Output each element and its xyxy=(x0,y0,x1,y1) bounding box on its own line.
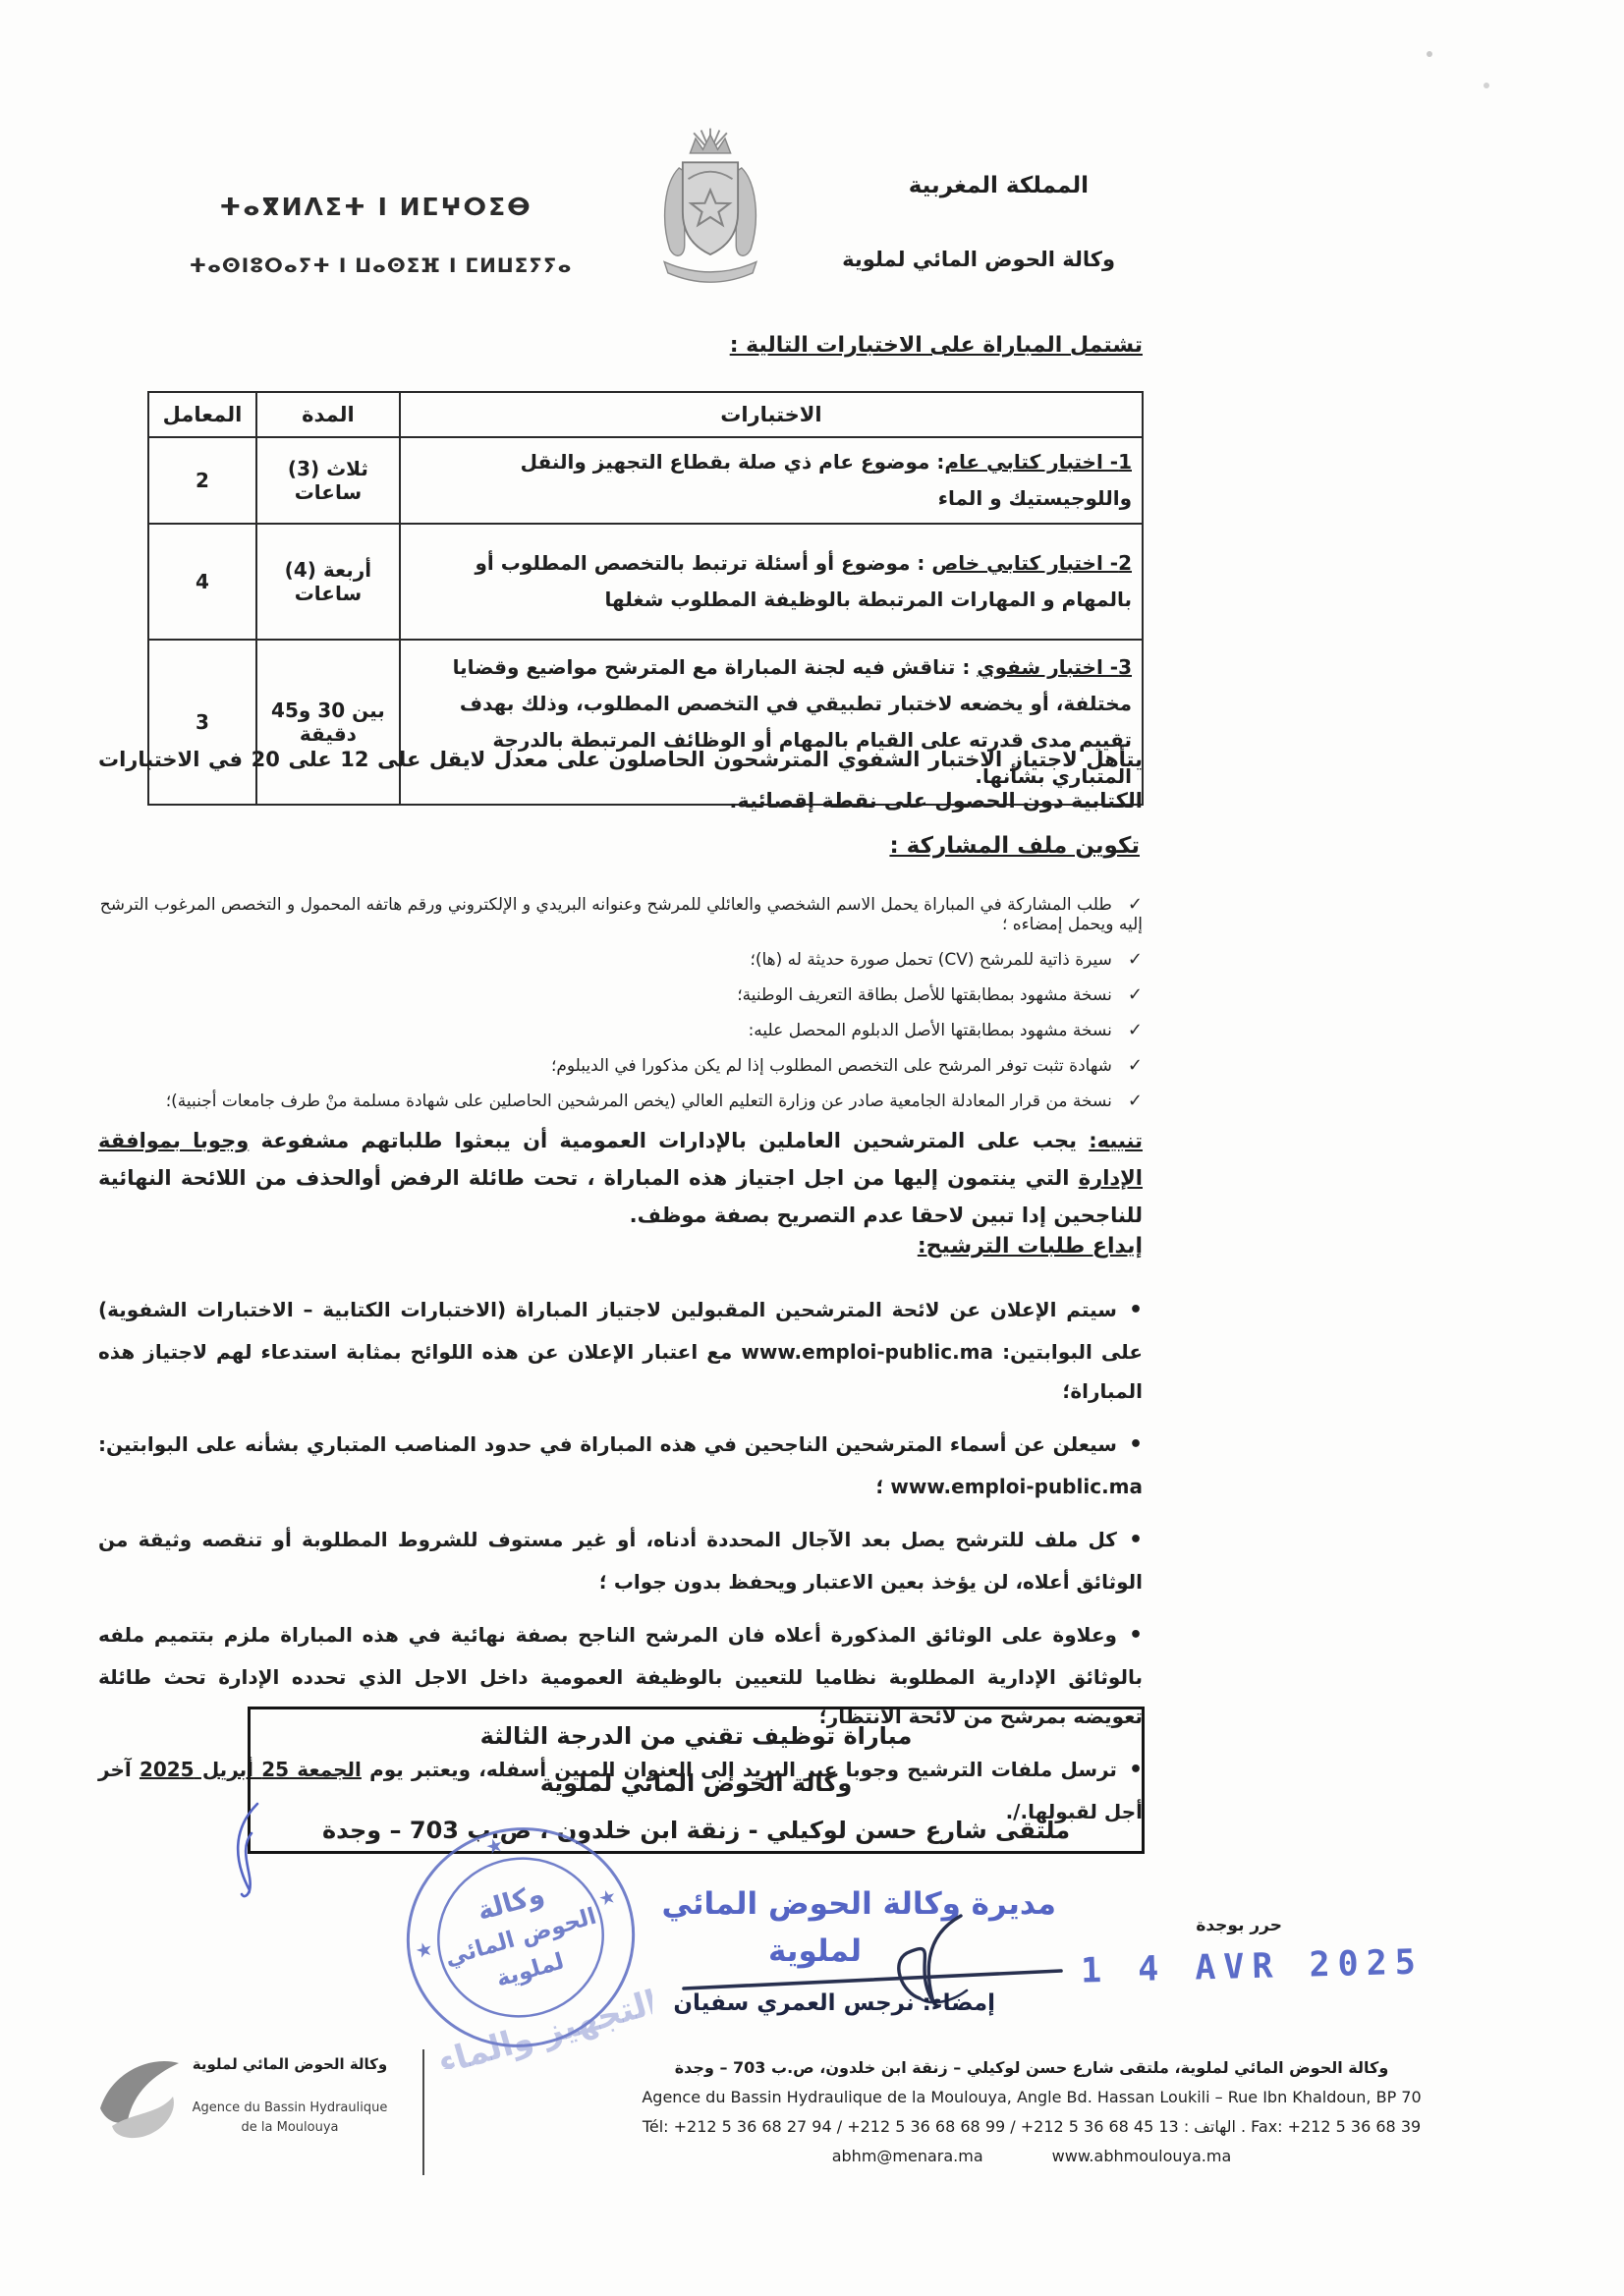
column-header-tests: الاختبارات xyxy=(400,392,1143,437)
agency-logo xyxy=(94,2051,185,2144)
checklist-item: ✓نسخة مشهود بمطابقتها الأصل الدبلوم المح… xyxy=(98,1020,1143,1040)
checkmark-icon: ✓ xyxy=(1128,949,1143,970)
footer-address-ar: وكالة الحوض المائي لملوية، ملتقى شارع حس… xyxy=(437,2053,1624,2083)
checklist-item-text: نسخة مشهود بمطابقتها الأصل الدبلوم المحص… xyxy=(749,1021,1112,1040)
footer-address-fr: Agence du Bassin Hydraulique de la Moulo… xyxy=(437,2083,1624,2112)
scan-artifact-dots xyxy=(1427,51,1432,57)
checklist-item: ✓نسخة من قرار المعادلة الجامعية صادر عن … xyxy=(98,1091,1143,1111)
checklist-item-text: سيرة ذاتية للمرشح (CV) تحمل صورة حديثة ل… xyxy=(750,950,1111,970)
checkmark-icon: ✓ xyxy=(1128,1055,1143,1076)
bullet-icon: • xyxy=(1129,1528,1143,1552)
date-stamp: 1 4 AVR 2025 xyxy=(1081,1942,1425,1990)
bullet-item: •سيتم الإعلان عن لائحة المترشحين المقبول… xyxy=(98,1289,1143,1411)
footer-logo-name-ar: وكالة الحوض المائي لملوية xyxy=(183,2055,397,2073)
table-row: 2- اختبار كتابي خاص : موضوع أو أسئلة ترت… xyxy=(148,524,1143,640)
exams-section-heading: تشتمل المباراة على الاختبارات التالية : xyxy=(730,333,1143,358)
signature-name-label: إمضاء: نرجس العمري سفيان xyxy=(673,1990,995,2016)
competition-title: مباراة توظيف تقني من الدرجة الثالثة xyxy=(251,1712,1142,1760)
svg-text:★: ★ xyxy=(595,1883,619,1911)
checklist-item: ✓شهادة تثبت توفر المرشح على التخصص المطل… xyxy=(98,1055,1143,1076)
agency-header-title: وكالة الحوض المائي لملوية xyxy=(842,248,1115,271)
column-header-duration: المدة xyxy=(256,392,400,437)
file-checklist: ✓طلب المشاركة في المباراة يحمل الاسم الش… xyxy=(98,894,1143,1126)
qualification-note: يتأهل لاجتياز الاختبار الشفوي المترشحون … xyxy=(98,739,1143,821)
checklist-item: ✓نسخة مشهود بمطابقتها للأصل بطاقة التعري… xyxy=(98,984,1143,1005)
exam-coefficient: 2 xyxy=(148,437,256,524)
checklist-item-text: نسخة مشهود بمطابقتها للأصل بطاقة التعريف… xyxy=(737,985,1112,1005)
footer-contact-block: وكالة الحوض المائي لملوية، ملتقى شارع حس… xyxy=(437,2053,1624,2171)
svg-text:★: ★ xyxy=(413,1936,436,1964)
column-header-coefficient: المعامل xyxy=(148,392,256,437)
bullet-icon: • xyxy=(1129,1432,1143,1457)
tifinagh-kingdom-text: ⵜⴰⴳⵍⴷⵉⵜ ⵏ ⵍⵎⵖⵔⵉⴱ xyxy=(187,193,565,221)
checklist-item-text: شهادة تثبت توفر المرشح على التخصص المطلو… xyxy=(551,1056,1112,1076)
checkmark-icon: ✓ xyxy=(1128,984,1143,1005)
checkmark-icon: ✓ xyxy=(1128,894,1143,915)
pen-flourish-mark xyxy=(218,1800,279,1902)
bullet-text: سيتم الإعلان عن لائحة المترشحين المقبولي… xyxy=(98,1298,1143,1403)
footer-phone-line: Tél: +212 5 36 68 27 94 / +212 5 36 68 6… xyxy=(437,2112,1624,2142)
footer-logo-name-fr: Agence du Bassin Hydraulique de la Moulo… xyxy=(183,2099,397,2138)
exam-title: 1- اختبار كتابي عام xyxy=(944,450,1132,474)
tifinagh-agency-text: ⵜⴰⵙⵏⵓⵔⴰⵢⵜ ⵏ ⵡⴰⵙⵉⴼ ⵏ ⵎⵍⵡⵉⵢⵢⴰ xyxy=(177,253,585,277)
bullet-text: سيعلن عن أسماء المترشحين الناجحين في هذه… xyxy=(98,1432,1143,1498)
checklist-item: ✓طلب المشاركة في المباراة يحمل الاسم الش… xyxy=(98,894,1143,934)
table-row: 1- اختبار كتابي عام: موضوع عام ذي صلة بق… xyxy=(148,437,1143,524)
exam-title: 2- اختبار كتابي خاص xyxy=(931,551,1132,575)
bullet-item: •كل ملف للترشح يصل بعد الآجال المحددة أد… xyxy=(98,1519,1143,1601)
mailing-address-box: مباراة توظيف تقني من الدرجة الثالثة وكال… xyxy=(248,1707,1145,1854)
civil-servant-notice: تنبيه: يجب على المترشحين العاملين بالإدا… xyxy=(98,1122,1143,1235)
bullet-icon: • xyxy=(1129,1298,1143,1322)
submission-section-heading: إيداع طلبات الترشيح: xyxy=(918,1234,1143,1259)
checkmark-icon: ✓ xyxy=(1128,1020,1143,1040)
bullet-item: •سيعلن عن أسماء المترشحين الناجحين في هذ… xyxy=(98,1424,1143,1506)
morocco-coat-of-arms-icon xyxy=(637,122,784,301)
bullet-icon: • xyxy=(1129,1623,1143,1648)
table-header-row: الاختبارات المدة المعامل xyxy=(148,392,1143,437)
scanned-document-page: ⵜⴰⴳⵍⴷⵉⵜ ⵏ ⵍⵎⵖⵔⵉⴱ ⵜⴰⵙⵏⵓⵔⴰⵢⵜ ⵏ ⵡⴰⵙⵉⴼ ⵏ ⵎⵍⵡ… xyxy=(0,0,1624,2296)
notice-lead: تنبيه: xyxy=(1089,1129,1143,1152)
issued-at-label: حرر بوجدة xyxy=(1196,1916,1282,1935)
file-section-heading: تكوين ملف المشاركة : xyxy=(889,833,1140,859)
checklist-item-text: نسخة من قرار المعادلة الجامعية صادر عن و… xyxy=(166,1092,1112,1111)
checklist-item-text: طلب المشاركة في المباراة يحمل الاسم الشخ… xyxy=(100,895,1143,934)
bullet-text: كل ملف للترشح يصل بعد الآجال المحددة أدن… xyxy=(98,1528,1143,1594)
postal-address: ملتقى شارع حسن لوكيلي - زنقة ابن خلدون ،… xyxy=(251,1807,1142,1854)
checkmark-icon: ✓ xyxy=(1128,1091,1143,1111)
exam-coefficient: 4 xyxy=(148,524,256,640)
footer-email: abhm@menara.ma xyxy=(832,2142,983,2171)
svg-text:★: ★ xyxy=(482,1832,506,1860)
exam-duration: أربعة (4) ساعات xyxy=(256,524,400,640)
exam-title: 3- اختبار شفوي xyxy=(977,655,1132,679)
checklist-item: ✓سيرة ذاتية للمرشح (CV) تحمل صورة حديثة … xyxy=(98,949,1143,970)
footer-website: www.abhmoulouya.ma xyxy=(1052,2142,1232,2171)
exam-duration: ثلاث (3) ساعات xyxy=(256,437,400,524)
footer-divider xyxy=(422,2049,424,2175)
agency-round-stamp: ★ ★ ★ وكالة الحوض المائي لملوية التجهيز … xyxy=(389,1814,652,2069)
agency-name: وكالة الحوض المائي لملوية xyxy=(251,1760,1142,1807)
kingdom-title: المملكة المغربية xyxy=(909,173,1089,198)
